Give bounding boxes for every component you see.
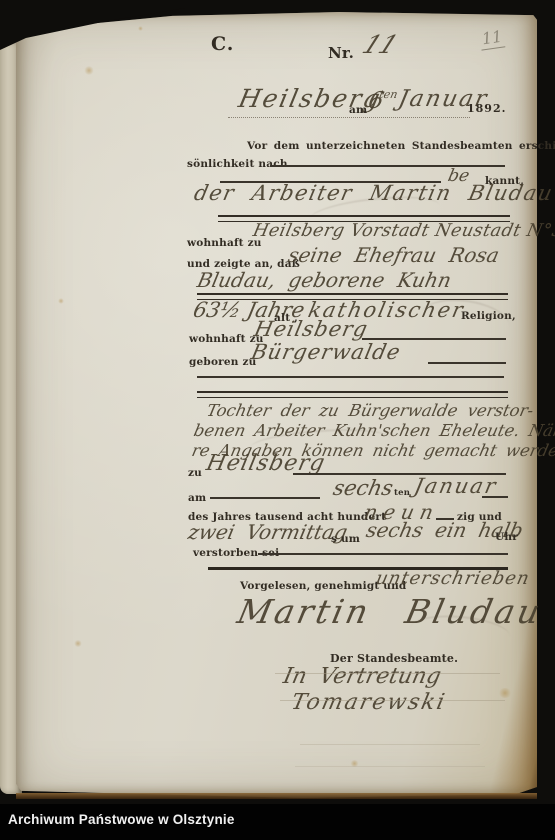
declarant-residence: Heilsberg Vorstadt Neustadt N°37.: [251, 221, 555, 241]
death-month: Januar: [412, 474, 500, 498]
deceased-name-2: Bludau, geborene Kuhn: [195, 268, 454, 292]
fox-spot: [84, 66, 94, 75]
ten-label: ten: [394, 488, 410, 498]
blank-rule: [258, 553, 508, 555]
time-handwritten-1: zwei Vormittag: [186, 520, 350, 544]
fox-spot: [498, 688, 512, 698]
closing-handwritten: unterschrieben: [374, 568, 532, 589]
am-label: am: [349, 104, 367, 116]
faint-guide-line: [275, 673, 500, 674]
deceased-name-1: seine Ehefrau Rosa: [286, 243, 501, 267]
fox-spot: [58, 298, 64, 304]
signature-registrar: Tomarewski: [289, 690, 449, 715]
declarant-line: der Arbeiter Martin Bludau: [192, 181, 555, 205]
intro-line1: Vor dem unterzeichneten Standesbeamten e…: [247, 140, 555, 152]
zu-label: zu: [188, 467, 202, 479]
blank-rule: [482, 496, 508, 498]
signature-declarant: Martin Bludau: [234, 592, 546, 631]
residence2-handwritten: Heilsberg: [252, 317, 370, 341]
number-label: Nr.: [328, 44, 354, 62]
blank-rule: [428, 362, 506, 364]
dateline-year: 1892.: [467, 102, 506, 115]
section-rule: [197, 391, 508, 398]
am2-label: am: [188, 492, 206, 504]
s-um-label: s um: [331, 533, 360, 545]
religion-label: Religion,: [461, 310, 516, 322]
dateline-rule: [228, 117, 470, 118]
faint-guide-line: [300, 744, 480, 745]
archive-caption-text: Archiwum Państwowe w Olsztynie: [8, 812, 235, 827]
blank-rule: [210, 497, 320, 499]
faint-guide-line: [295, 766, 485, 767]
faint-guide-line: [280, 700, 505, 701]
deputy-line: In Vertretung: [281, 664, 443, 689]
blank-rule: [197, 376, 504, 378]
archival-scan: C. Nr. 11 11 Heilsberg am 6 ten Januar 1…: [0, 0, 555, 840]
archive-caption-bar: Archiwum Państwowe w Olsztynie: [0, 804, 555, 840]
parents-line2: benen Arbeiter Kuhn'schen Eheleute. Nähe…: [192, 421, 555, 440]
dateline-day-suffix: ten: [378, 88, 399, 101]
form-letter: C.: [211, 33, 234, 55]
pencil-folio-number: 11: [479, 26, 506, 50]
birthplace-handwritten: Bürgerwalde: [249, 340, 403, 364]
parents-line1: Tochter der zu Bürgerwalde verstor-: [205, 401, 535, 420]
fox-spot: [138, 26, 143, 31]
uhr-label: Uhr: [495, 531, 518, 543]
death-day: sechs: [331, 476, 395, 500]
born-label: geboren zu: [189, 356, 256, 368]
intro-line2: sönlichkeit nach: [187, 158, 288, 170]
page-bottom-edge: [16, 793, 537, 799]
fox-spot: [74, 640, 82, 647]
